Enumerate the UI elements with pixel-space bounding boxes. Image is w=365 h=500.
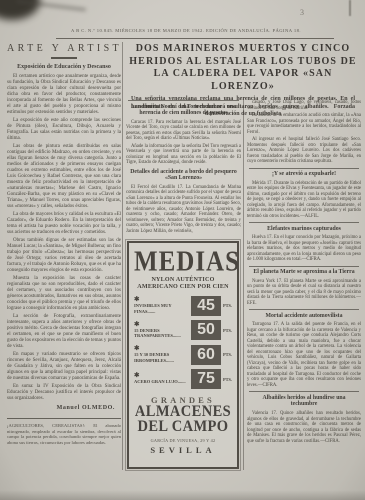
left-article-paragraph: La exposición de este año comprende las … (7, 118, 121, 142)
ad-price-row: ✱ 15 Y 30 DENIERS IRROMPIBLES....... 60 … (134, 345, 232, 365)
ad-price-row: ✱ ACERO GRAN LUJO....... 75 PTS. (134, 369, 232, 389)
left-article-paragraph: En suma: la IV Exposición de la Obra Sin… (7, 384, 121, 402)
ad-title: MEDIAS (134, 248, 232, 276)
ad-subtitle: NYLON AUTÉNTICO AMERICANO CIEN POR CIEN (134, 277, 232, 291)
ad-price-unit: PTS. (223, 303, 232, 308)
ad-store-del-campo: DEL CAMPO (134, 420, 232, 436)
ad-price-badge: 50 (191, 320, 221, 340)
left-article-paragraph: Las obras de pintura están distribuidas … (7, 144, 121, 210)
newspaper-page: 3 A B C. N.º 10.845. MIÉRCOLES 18 DE MAR… (0, 0, 365, 500)
story-continuation-paragraph: casado, y José Díaz Lago, de veintiséis,… (247, 100, 361, 111)
story-subhead-marte: El planeta Marte se aproxima a la Tierra (249, 266, 359, 276)
column-divider-right (243, 97, 244, 470)
scan-edge-mark (349, 0, 351, 16)
left-article-paragraph: En mapas y variado muestrario se ofrecen… (7, 352, 121, 382)
right-column: casado, y José Díaz Lago, de veintiséis,… (247, 100, 361, 470)
article-signature: Manuel OLMEDO. (7, 405, 121, 411)
ad-item-text: INVISIBLES MUY FINAS....... (134, 303, 171, 313)
corner-page-mark: 3 (300, 8, 304, 17)
left-article-subhead: Exposición de Educación y Descanso (7, 64, 121, 70)
left-column: ARTE Y ARTISTAS Exposición de Educación … (7, 43, 121, 493)
story-paragraph: Tarragona 17. A la salida del puente de … (247, 322, 361, 388)
masthead-dateline: A B C. N.º 10.845. MIÉRCOLES 18 DE MARZO… (40, 28, 332, 33)
ad-item-label: ✱ ACERO GRAN LUJO....... (134, 373, 191, 384)
ad-price-badge: 60 (191, 345, 221, 365)
story-paragraph: Huelva 17. En el lugar conocido por Maza… (247, 235, 361, 263)
ad-store-address: GARCÍA DE VINUESA, 29 Y 42 (134, 438, 232, 443)
story-subhead-elefantes: Elefantes marinos capturados (249, 222, 359, 232)
story-subhead-herencia: La señorita Noemí del Toro reclamará una… (128, 100, 239, 117)
left-article-paragraph: Obras también dignas de ser estimadas so… (7, 238, 121, 274)
story-continuation-paragraph: Al ingresar en el hospital falleció José… (247, 137, 361, 165)
main-headline: DOS MARINEROS MUERTOS Y CINCO HERIDOS AL… (126, 43, 360, 93)
ad-price-unit: PTS. (223, 328, 232, 333)
ad-price-badge: 45 (191, 296, 221, 316)
ad-price-unit: PTS. (223, 377, 232, 382)
story-subhead-albaniles: Albañiles heridos al hundirse una techum… (249, 391, 359, 408)
story-subhead-futbolista: ¡Y se atrevió a expulsarle! (249, 168, 359, 178)
left-article-paragraph: La obra de mayores bríos y calidad es la… (7, 212, 121, 236)
ad-item-label: ✱ INVISIBLES MUY FINAS....... (134, 297, 191, 313)
story-subhead-accidente-auto: Mortal accidente automovilista (249, 309, 359, 319)
ad-price-unit: PTS. (223, 352, 232, 357)
story-paragraph: El Ferrol del Caudillo 17. La Comandanci… (126, 185, 241, 235)
medias-advertisement: MEDIAS NYLON AUTÉNTICO AMERICANO CIEN PO… (127, 241, 239, 469)
ad-item-label: ✱ 15 Y 30 DENIERS IRROMPIBLES....... (134, 346, 191, 362)
left-article-paragraph: El certamen artístico que anualmente org… (7, 74, 121, 116)
column-divider-left (122, 42, 123, 470)
ad-price-badge: 75 (191, 369, 221, 389)
middle-column: La señorita Noemí del Toro reclamará una… (126, 100, 241, 239)
story-paragraph: Mérida 17. Durante la celebración de un … (247, 181, 361, 220)
masthead-rule (56, 38, 334, 39)
bottom-notice: ¡AGRICULTORES, CEREALISTAS!: El abonado … (7, 418, 121, 445)
ad-item-text: ACERO GRAN LUJO....... (134, 379, 186, 384)
story-paragraph: Caracas 17. Para reclamar la herencia de… (126, 120, 241, 142)
story-subhead-accidente: Detalles del accidente a bordo del pesqu… (128, 169, 239, 182)
section-title-rule (51, 57, 77, 59)
section-title-arte-y-artistas: ARTE Y ARTISTAS (7, 43, 121, 54)
story-paragraph: Valencia 17. Quince albañiles han result… (247, 411, 361, 444)
ad-store-city: SEVILLA (134, 445, 232, 455)
left-article-paragraph: Muestra la exposición las cosas de carác… (7, 276, 121, 312)
ad-price-row: ✱ INVISIBLES MUY FINAS....... 45 PTS. (134, 296, 232, 316)
ad-price-row: ✱ 15 DENIERS TRANSPARENTES....... 50 PTS… (134, 320, 232, 340)
ad-item-label: ✱ 15 DENIERS TRANSPARENTES....... (134, 322, 191, 338)
story-paragraph: Nueva York 17. El planeta Marte se está … (247, 279, 361, 307)
story-continuation-paragraph: En auxilio de la embarcación acudió otra… (247, 113, 361, 135)
ad-item-text: 15 Y 30 DENIERS IRROMPIBLES....... (134, 352, 174, 362)
ad-item-text: 15 DENIERS TRANSPARENTES....... (134, 328, 181, 338)
story-paragraph: Añade la información que la señorita Del… (126, 144, 241, 166)
left-article-paragraph: La sección de Fotografía, extraordinaria… (7, 314, 121, 350)
